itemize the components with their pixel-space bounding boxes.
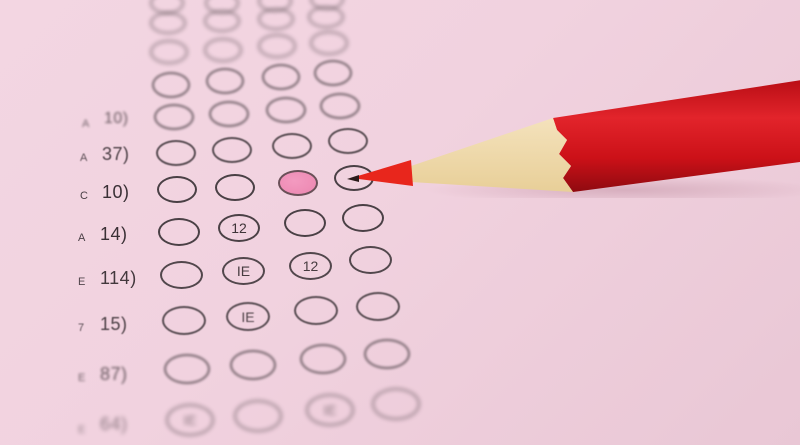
answer-bubble xyxy=(284,209,326,237)
answer-bubble xyxy=(154,104,194,130)
answer-bubble xyxy=(310,31,348,55)
answer-bubble xyxy=(294,296,338,325)
question-number: 10) xyxy=(102,182,130,203)
answer-bubble xyxy=(206,68,244,94)
row-letter: 7 xyxy=(78,322,84,334)
filled-answer-bubble xyxy=(278,170,318,196)
answer-bubble: IE xyxy=(166,404,214,436)
row-letter: E xyxy=(78,424,85,436)
answer-bubble xyxy=(342,204,384,232)
row-letter: C xyxy=(80,190,88,202)
answer-bubble xyxy=(300,344,346,374)
answer-bubble xyxy=(164,354,210,384)
row-letter: A xyxy=(80,152,87,164)
row-letter: A xyxy=(78,232,85,244)
question-number: 14) xyxy=(100,224,128,245)
answer-bubble xyxy=(156,140,196,166)
answer-bubble xyxy=(215,174,255,201)
answer-bubble: IE xyxy=(226,302,270,331)
row-letter: E xyxy=(78,276,85,288)
answer-bubble xyxy=(212,137,252,163)
question-number: 114) xyxy=(100,268,137,289)
answer-bubble: 12 xyxy=(218,214,260,242)
question-number: 10) xyxy=(104,110,129,128)
answer-bubble xyxy=(349,246,392,274)
answer-bubble xyxy=(204,10,240,32)
answer-bubble xyxy=(372,388,420,420)
answer-bubble xyxy=(364,339,410,369)
answer-bubble xyxy=(160,261,203,289)
answer-bubble xyxy=(308,6,344,28)
row-letter: E xyxy=(78,372,85,384)
answer-bubble xyxy=(272,133,312,159)
answer-bubble xyxy=(150,40,188,64)
question-number: 64) xyxy=(100,414,128,435)
answer-bubble xyxy=(152,72,190,98)
answer-bubble xyxy=(230,350,276,380)
answer-bubble xyxy=(162,306,206,335)
answer-bubble xyxy=(234,400,282,432)
red-pencil xyxy=(345,78,800,198)
answer-bubble: IE xyxy=(306,394,354,426)
answer-bubble xyxy=(150,12,186,34)
answer-bubble xyxy=(356,292,400,321)
row-letter: A xyxy=(82,118,89,130)
answer-bubble xyxy=(209,101,249,127)
question-number: 15) xyxy=(100,314,128,335)
answer-bubble: 12 xyxy=(289,252,332,280)
answer-bubble xyxy=(258,34,296,58)
question-number: 37) xyxy=(102,144,130,165)
answer-bubble xyxy=(262,64,300,90)
answer-bubble xyxy=(158,218,200,246)
answer-bubble: IE xyxy=(222,257,265,285)
answer-bubble xyxy=(266,97,306,123)
answer-bubble xyxy=(258,8,294,30)
answer-bubble xyxy=(204,38,242,62)
question-number: 87) xyxy=(100,364,128,385)
answer-bubble xyxy=(157,176,197,203)
answer-sheet: A 10) A 37) C 10) A 14) 12 E 114) IE xyxy=(0,0,800,445)
